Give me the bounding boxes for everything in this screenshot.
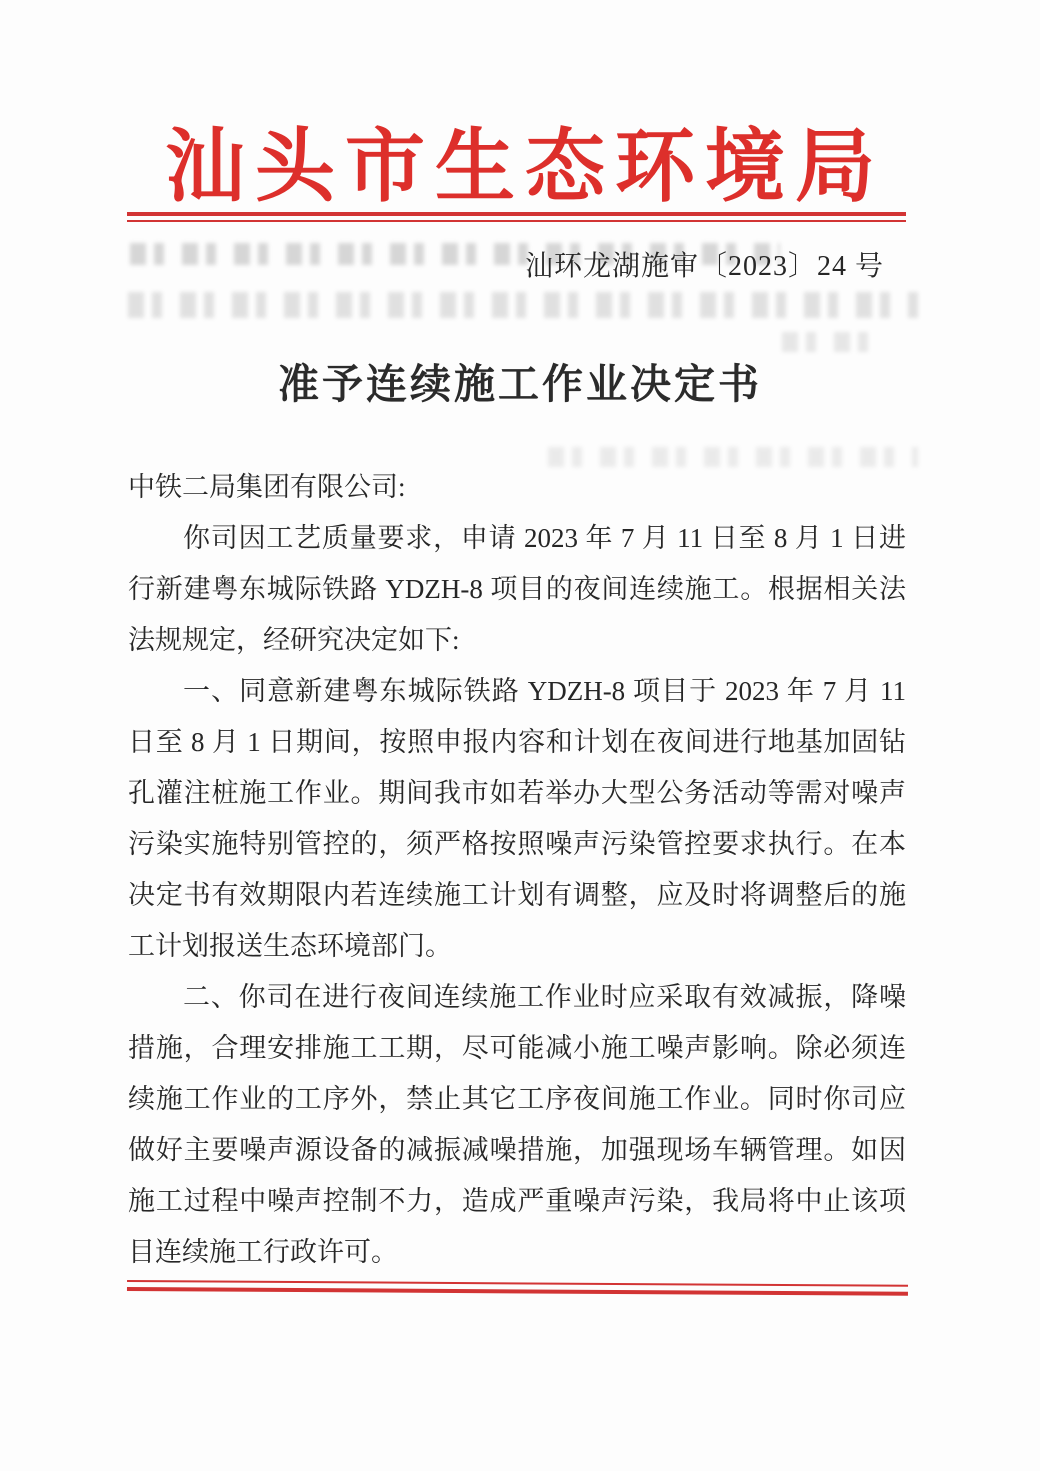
body-line: 法规规定，经研究决定如下:: [128, 615, 906, 666]
body-line: 孔灌注桩施工作业。期间我市如若举办大型公务活动等需对噪声: [128, 768, 906, 819]
body-line: 施工过程中噪声控制不力，造成严重噪声污染，我局将中止该项: [128, 1176, 906, 1227]
body-line: 行新建粤东城际铁路 YDZH-8 项目的夜间连续施工。根据相关法律: [128, 564, 906, 615]
bleed-through-row: [782, 332, 874, 352]
document-title: 准予连续施工作业决定书: [0, 351, 1040, 410]
footer-rule: [127, 1280, 908, 1296]
body-line: 决定书有效期限内若连续施工计划有调整，应及时将调整后的施: [128, 870, 906, 921]
body-line: 做好主要噪声源设备的减振减噪措施，加强现场车辆管理。如因: [128, 1125, 906, 1176]
body-lines: 中铁二局集团有限公司:你司因工艺质量要求，申请 2023 年 7 月 11 日至…: [128, 462, 906, 1278]
body-line: 二、你司在进行夜间连续施工作业时应采取有效减振，降噪: [128, 972, 906, 1023]
bleed-through-row: [128, 292, 918, 318]
letterhead-rule-thin: [127, 220, 906, 222]
body-line: 目连续施工行政许可。: [128, 1227, 906, 1278]
document-page: 汕头市生态环境局 汕环龙湖施审〔2023〕24 号 准予连续施工作业决定书 中铁…: [0, 0, 1040, 1471]
body-line: 日至 8 月 1 日期间，按照申报内容和计划在夜间进行地基加固钻: [128, 717, 906, 768]
body-line: 续施工作业的工序外，禁止其它工序夜间施工作业。同时你司应: [128, 1074, 906, 1125]
letterhead-rule-thick: [127, 212, 906, 216]
footer-rule-thin: [127, 1280, 908, 1287]
body-line: 你司因工艺质量要求，申请 2023 年 7 月 11 日至 8 月 1 日进: [128, 513, 906, 564]
document-number: 汕环龙湖施审〔2023〕24 号: [525, 244, 884, 284]
body-line: 污染实施特别管控的，须严格按照噪声污染管控要求执行。在本: [128, 819, 906, 870]
body-line: 工计划报送生态环境部门。: [128, 921, 906, 972]
footer-rule-thick: [127, 1287, 908, 1296]
agency-name: 汕头市生态环境局: [0, 102, 1040, 217]
body-line: 措施，合理安排施工工期，尽可能减小施工噪声影响。除必须连: [128, 1023, 906, 1074]
body-line: 一、同意新建粤东城际铁路 YDZH-8 项目于 2023 年 7 月 11: [128, 666, 906, 717]
letterhead-rule: [127, 212, 906, 222]
body-line: 中铁二局集团有限公司:: [128, 462, 906, 513]
